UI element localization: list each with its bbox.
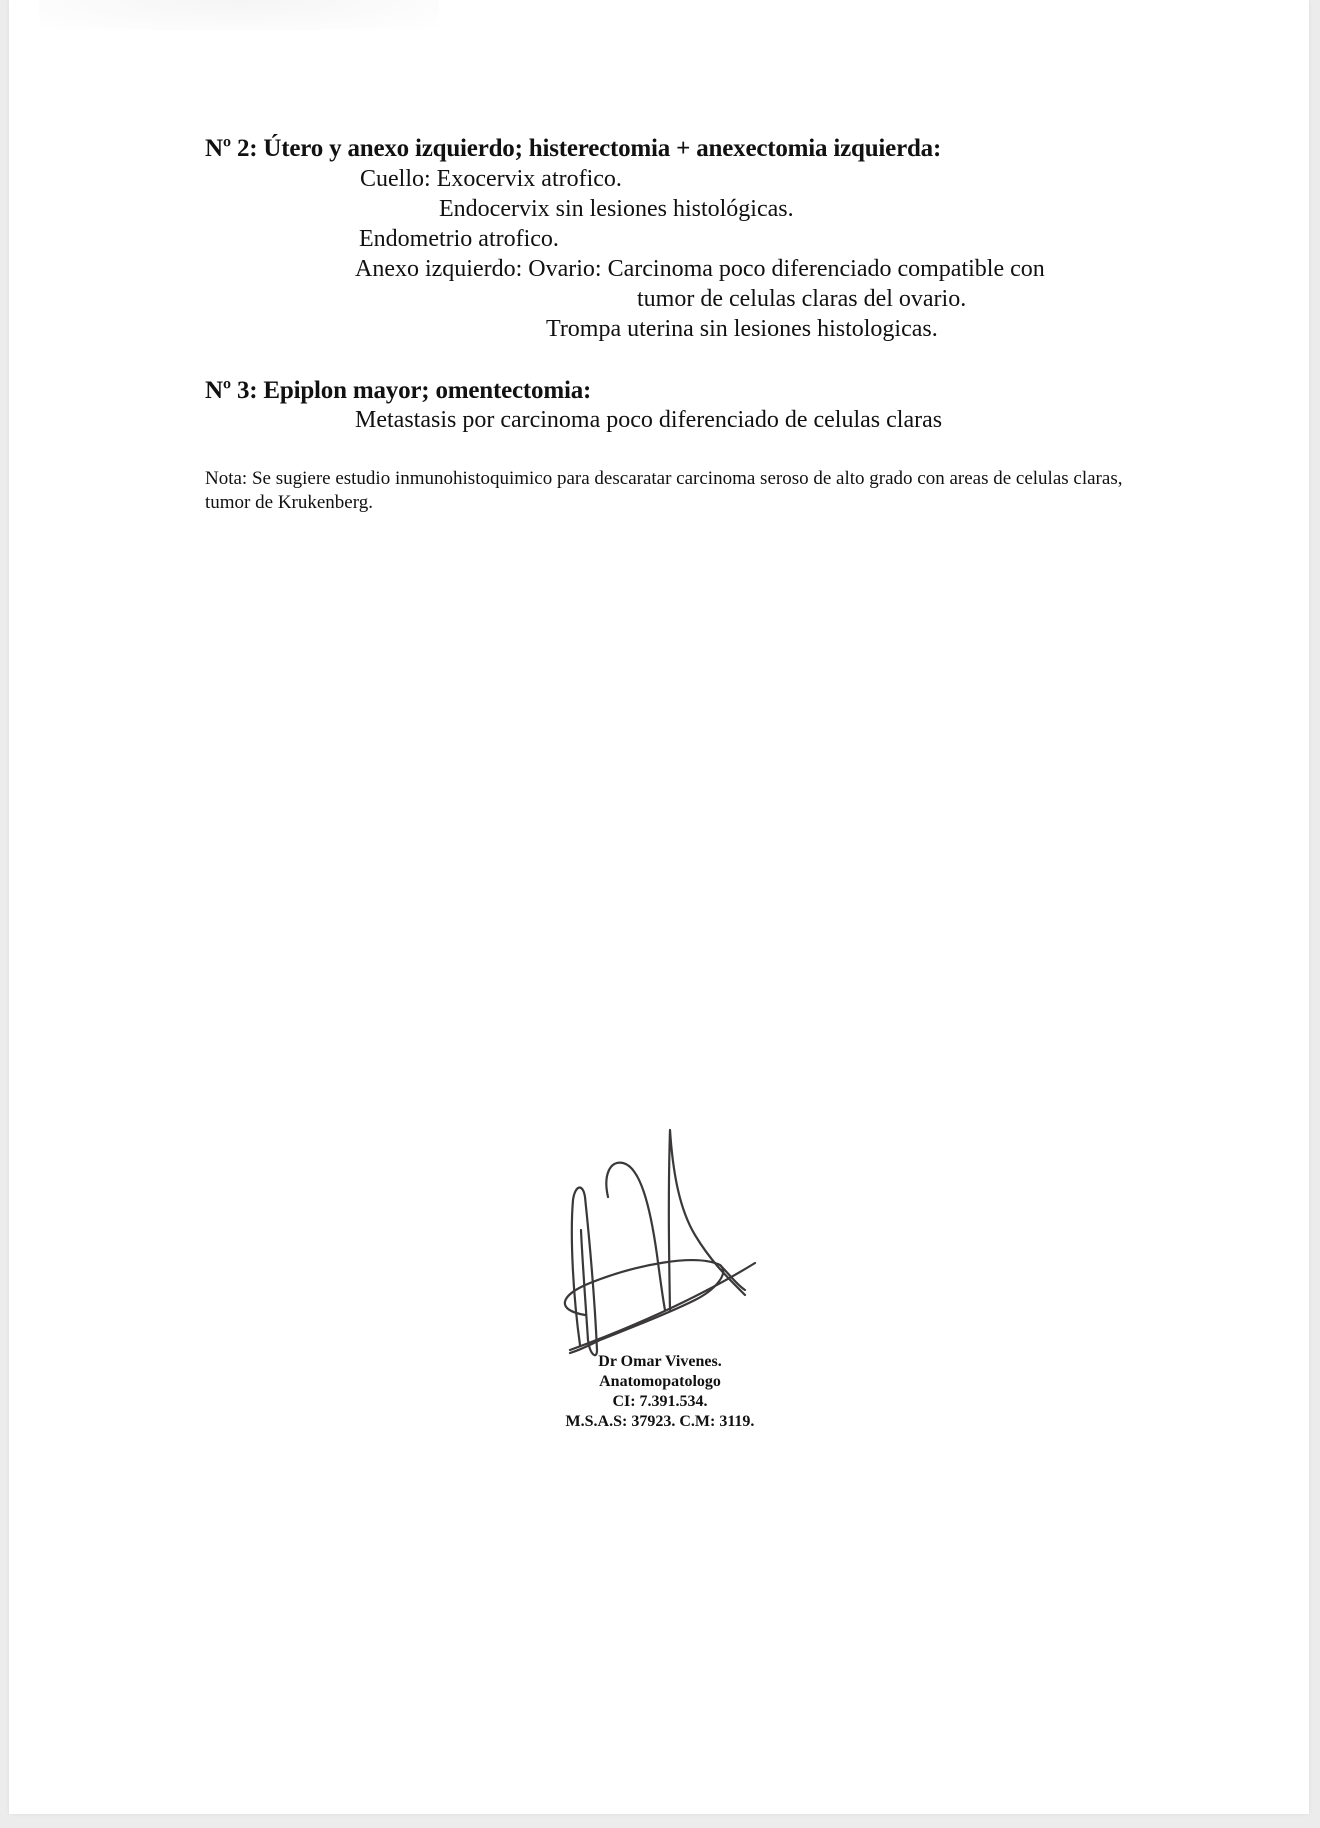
signature-block: Dr Omar Vivenes. Anatomopatologo CI: 7.3… — [500, 1352, 820, 1432]
anexo-line: Anexo izquierdo: Ovario: Carcinoma poco … — [355, 256, 1045, 283]
handwritten-signature-icon — [545, 1115, 775, 1360]
anexo-continuation-line: tumor de celulas claras del ovario. — [637, 286, 966, 313]
section-3-heading: Nº 3: Epiplon mayor; omentectomia: — [205, 377, 591, 405]
endometrio-line: Endometrio atrofico. — [359, 226, 559, 253]
doctor-registration: M.S.A.S: 37923. C.M: 3119. — [500, 1412, 820, 1432]
metastasis-line: Metastasis por carcinoma poco diferencia… — [355, 407, 942, 434]
doctor-title: Anatomopatologo — [500, 1372, 820, 1392]
trompa-line: Trompa uterina sin lesiones histologicas… — [546, 316, 938, 343]
note-text: Nota: Se sugiere estudio inmunohistoquim… — [205, 467, 1125, 515]
section-2-heading: Nº 2: Útero y anexo izquierdo; histerect… — [205, 135, 941, 163]
doctor-name: Dr Omar Vivenes. — [500, 1352, 820, 1372]
doctor-ci: CI: 7.391.534. — [500, 1392, 820, 1412]
endocervix-line: Endocervix sin lesiones histológicas. — [439, 196, 794, 223]
cuello-line: Cuello: Exocervix atrofico. — [360, 166, 622, 193]
scan-shadow — [39, 0, 439, 30]
